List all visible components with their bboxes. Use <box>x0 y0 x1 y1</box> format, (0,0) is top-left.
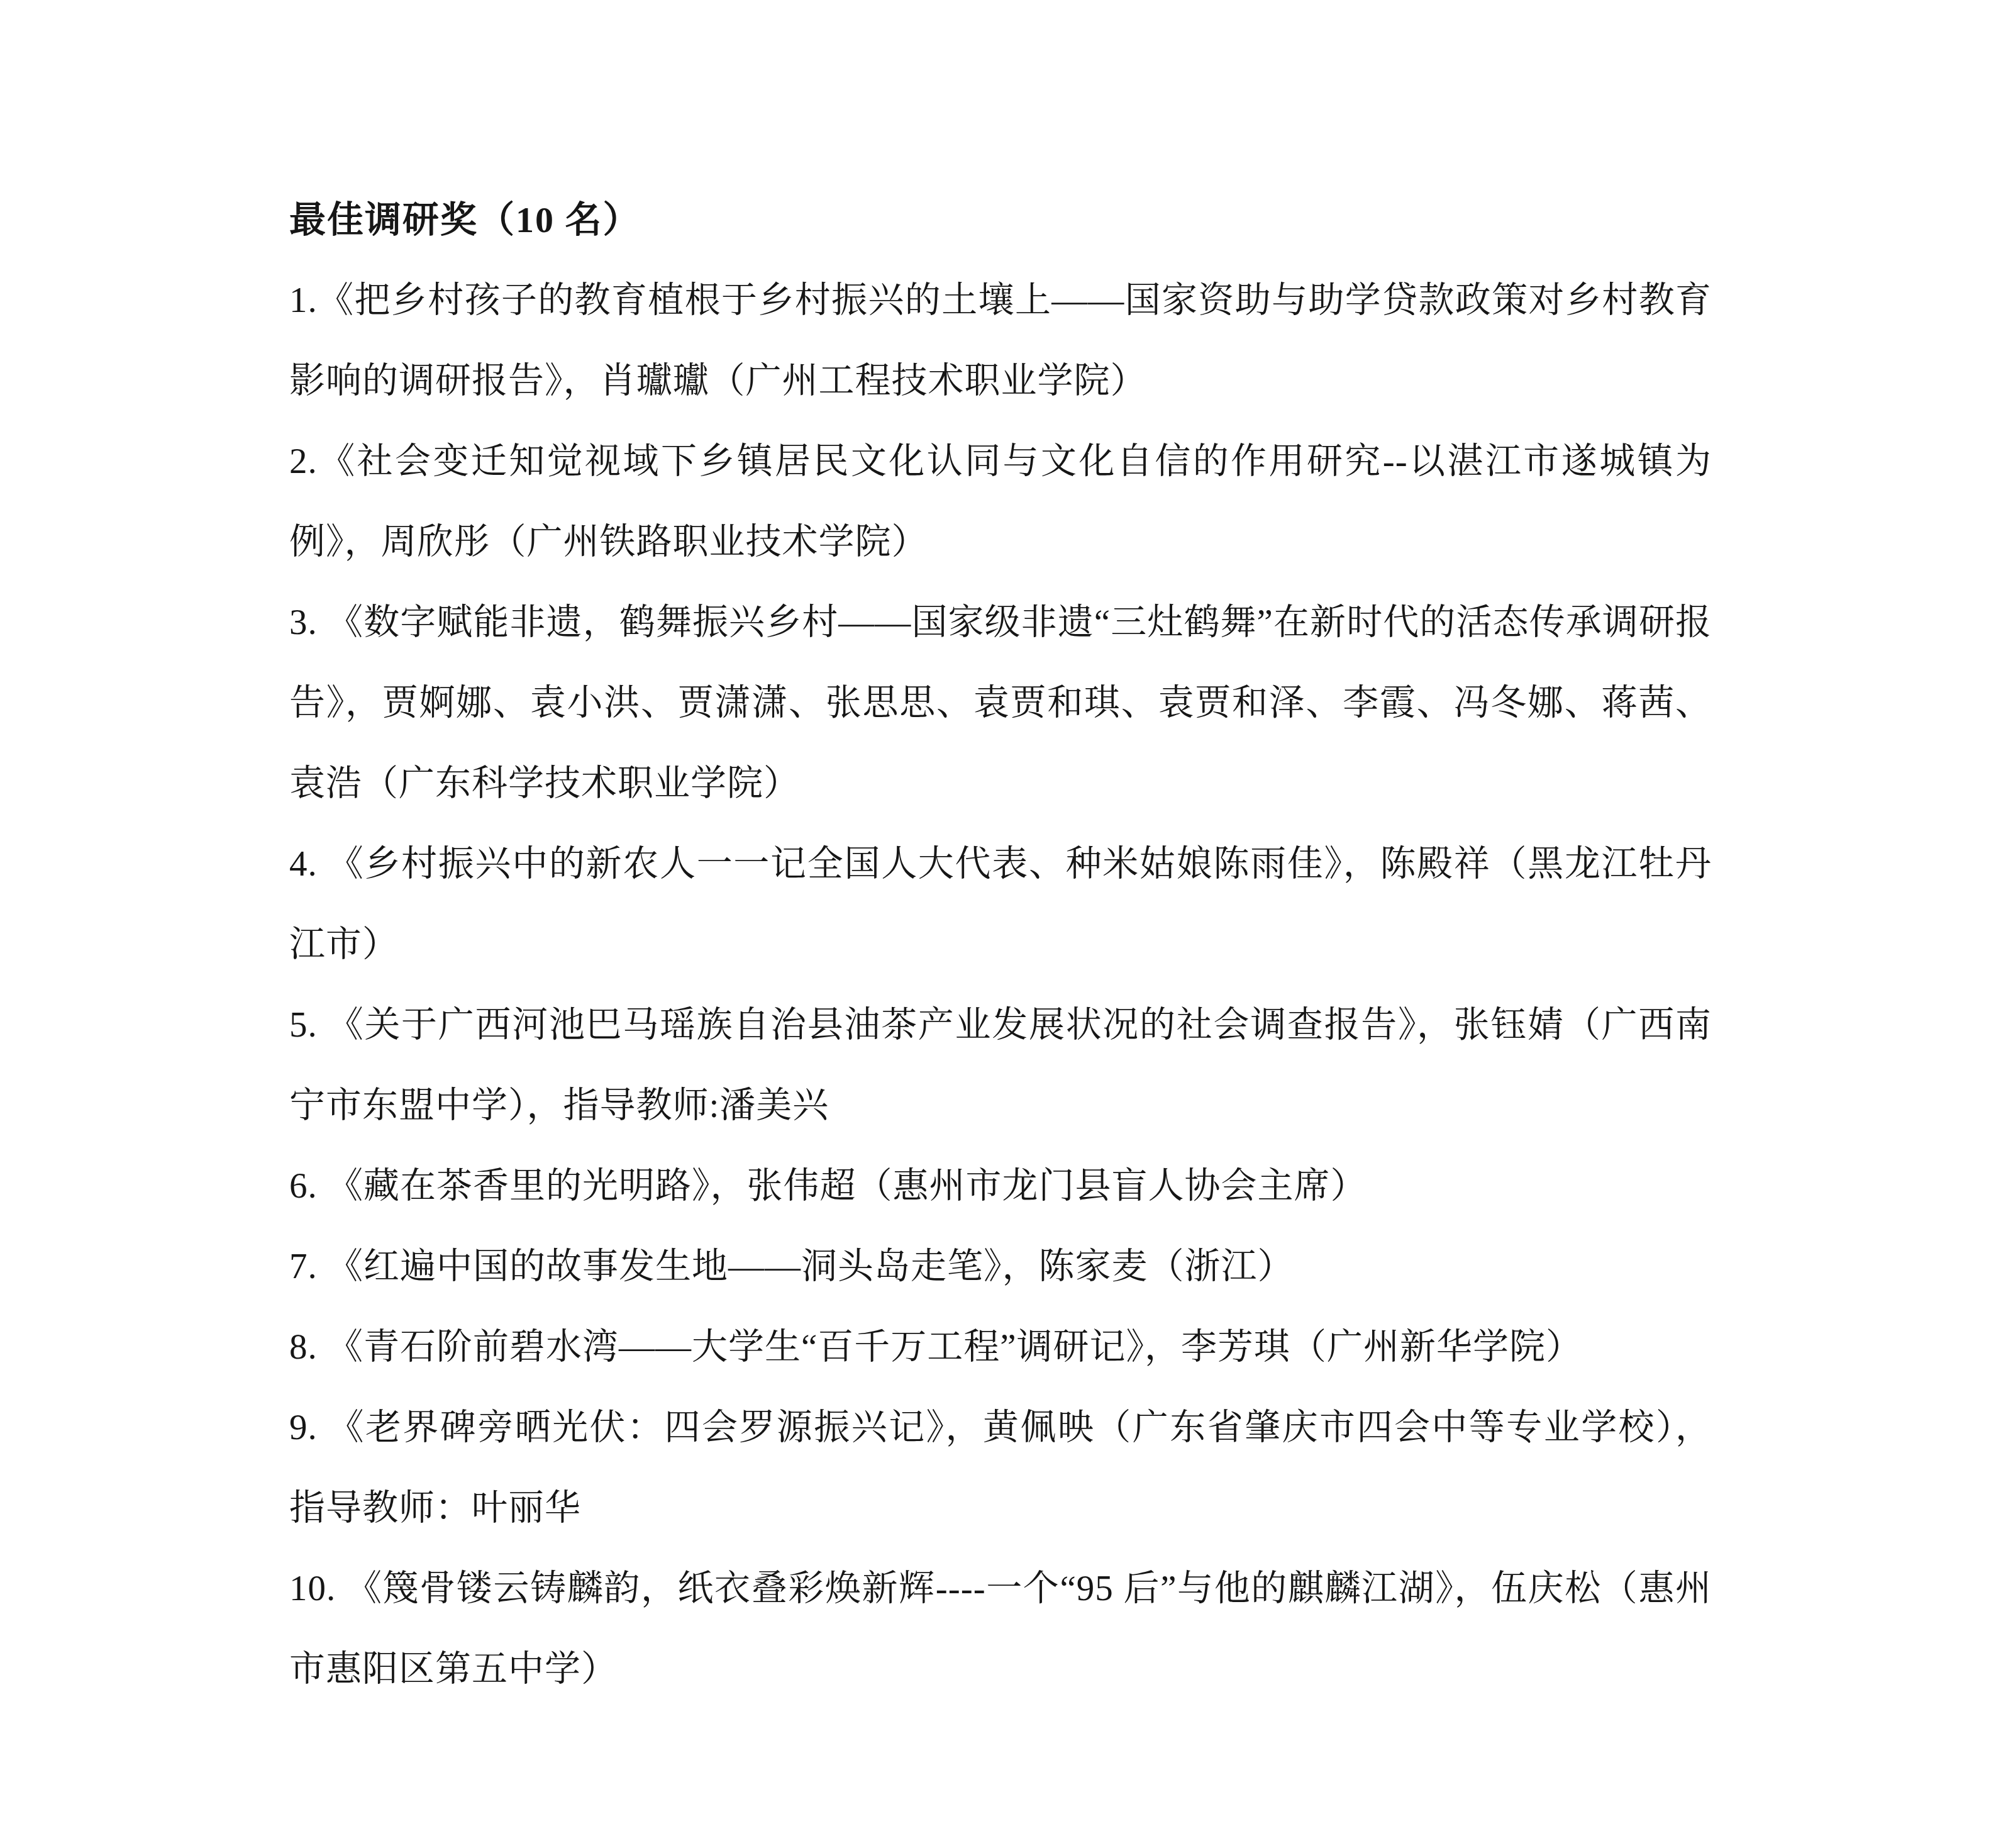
award-entry: 7. 《红遍中国的故事发生地——洞头岛走笔》，陈家麦（浙江） <box>289 1227 1712 1307</box>
award-entry: 10. 《篾骨镂云铸麟韵，纸衣叠彩焕新辉----一个“95 后”与他的麒麟江湖》… <box>289 1549 1712 1710</box>
award-entries-list: 1.《把乡村孩子的教育植根于乡村振兴的土壤上——国家资助与助学贷款政策对乡村教育… <box>289 260 1712 1710</box>
award-entry: 6. 《藏在茶香里的光明路》，张伟超（惠州市龙门县盲人协会主席） <box>289 1146 1712 1227</box>
award-category-title: 最佳调研奖（10 名） <box>289 180 1712 260</box>
award-entry: 1.《把乡村孩子的教育植根于乡村振兴的土壤上——国家资助与助学贷款政策对乡村教育… <box>289 260 1712 421</box>
award-entry: 8. 《青石阶前碧水湾——大学生“百千万工程”调研记》，李芳琪（广州新华学院） <box>289 1307 1712 1388</box>
award-entry: 9. 《老界碑旁晒光伏：四会罗源振兴记》，黄佩映（广东省肇庆市四会中等专业学校）… <box>289 1388 1712 1549</box>
award-entry: 2.《社会变迁知觉视域下乡镇居民文化认同与文化自信的作用研究--以湛江市遂城镇为… <box>289 421 1712 582</box>
award-entry: 4. 《乡村振兴中的新农人一一记全国人大代表、种米姑娘陈雨佳》，陈殿祥（黑龙江牡… <box>289 824 1712 985</box>
document-page: 最佳调研奖（10 名） 1.《把乡村孩子的教育植根于乡村振兴的土壤上——国家资助… <box>0 0 1996 1848</box>
award-entry: 5. 《关于广西河池巴马瑶族自治县油茶产业发展状况的社会调查报告》，张钰婧（广西… <box>289 985 1712 1146</box>
award-entry: 3. 《数字赋能非遗，鹤舞振兴乡村——国家级非遗“三灶鹤舞”在新时代的活态传承调… <box>289 582 1712 824</box>
